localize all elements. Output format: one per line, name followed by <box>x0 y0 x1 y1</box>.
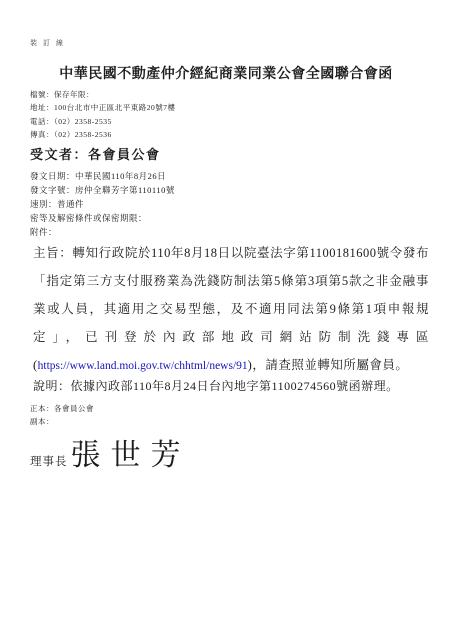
recipient-line: 受文者：各會員公會 <box>30 144 161 163</box>
header-info-block: 檔號：保存年限： 地址：100台北市中正區北平東路20號7樓 電話：（02）23… <box>30 88 176 142</box>
secrecy-line: 密等及解密條件或保密期限： <box>30 211 175 225</box>
original-copy-line: 正本：各會員公會 <box>30 402 94 415</box>
subject-text-after-link: )，請查照並轉知所屬會員。 <box>248 358 409 372</box>
attachment-line: 附件： <box>30 225 175 239</box>
cc-copy-line: 副本： <box>30 415 94 428</box>
moi-land-news-link[interactable]: https://www.land.moi.gov.tw/chhtml/news/… <box>38 360 248 372</box>
document-title: 中華民國不動產仲介經紀商業同業公會全國聯合會函 <box>0 63 452 83</box>
dispatch-date-line: 發文日期：中華民國110年8月26日 <box>30 169 175 183</box>
chairman-name: 張世芳 <box>71 430 191 474</box>
copies-block: 正本：各會員公會 副本： <box>30 402 94 428</box>
chairman-title: 理事長 <box>30 453 68 469</box>
subject-paragraph: 主旨：轉知行政院於110年8月18日以院臺法字第1100181600號令發布「指… <box>33 239 429 380</box>
binding-line-label: 裝訂線 <box>30 38 69 48</box>
speed-class-line: 速別：普通件 <box>30 197 175 211</box>
official-letter-page: 裝訂線 中華民國不動產仲介經紀商業同業公會全國聯合會函 檔號：保存年限： 地址：… <box>0 0 452 640</box>
dispatch-meta-block: 發文日期：中華民國110年8月26日 發文字號：房仲全聯芳字第110110號 速… <box>30 169 175 239</box>
dispatch-number-line: 發文字號：房仲全聯芳字第110110號 <box>30 183 175 197</box>
file-number-line: 檔號：保存年限： <box>30 88 176 101</box>
subject-text-before-link: 主旨：轉知行政院於110年8月18日以院臺法字第1100181600號令發布「指… <box>33 246 429 372</box>
signature-block: 理事長 張世芳 <box>30 430 191 474</box>
phone-line: 電話：（02）2358-2535 <box>30 115 176 128</box>
fax-line: 傳真：（02）2358-2536 <box>30 128 176 141</box>
address-line: 地址：100台北市中正區北平東路20號7樓 <box>30 101 176 114</box>
explanation-line: 說明：依據內政部110年8月24日台內地字第1100274560號函辦理。 <box>33 377 433 394</box>
